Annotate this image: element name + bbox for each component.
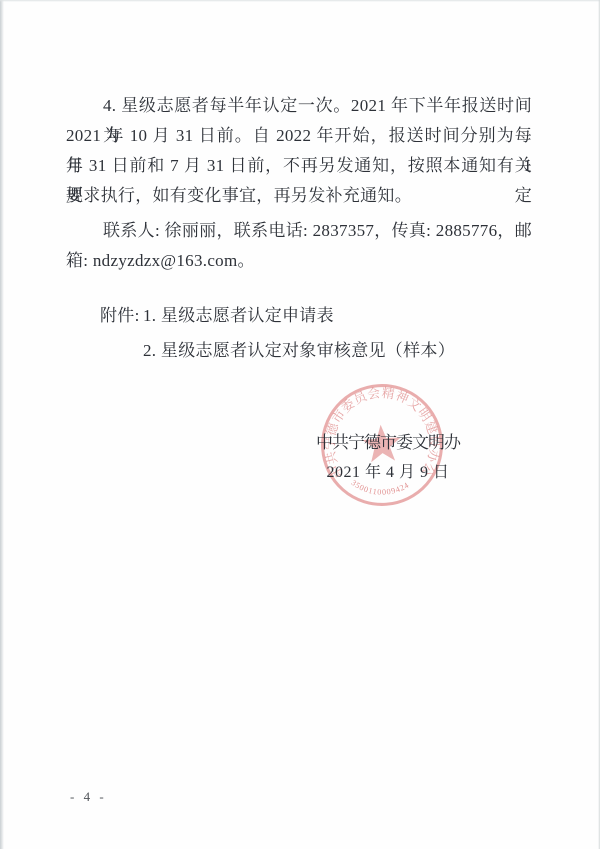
paragraph-line: 箱: ndzyzdzx@163.com。 <box>66 246 532 276</box>
paragraph-contact: 联系人: 徐丽丽，联系电话: 2837357，传真: 2885776，邮 箱: … <box>66 216 532 276</box>
attachment-row: 2. 星级志愿者认定对象审核意见（样本） <box>100 333 532 368</box>
paragraph-line: 4. 星级志愿者每半年认定一次。2021 年下半年报送时间为 <box>66 91 532 121</box>
signature-block: 中共宁德市委文明办 2021 年 4 月 9 日 <box>288 428 488 488</box>
attachment-item: 2. 星级志愿者认定对象审核意见（样本） <box>143 333 455 368</box>
attachments-label: 附件: <box>100 298 143 333</box>
attachments-list: 附件: 1. 星级志愿者认定申请表 2. 星级志愿者认定对象审核意见（样本） <box>100 298 532 368</box>
paragraph-schedule: 4. 星级志愿者每半年认定一次。2021 年下半年报送时间为 2021 年 10… <box>66 91 532 211</box>
paragraph-line: 2021 年 10 月 31 日前。自 2022 年开始，报送时间分别为每年 1 <box>66 121 532 151</box>
attachment-row: 附件: 1. 星级志愿者认定申请表 <box>100 298 532 333</box>
paragraph-line: 月 31 日前和 7 月 31 日前，不再另发通知，按照本通知有关规定 <box>66 151 532 181</box>
paragraph-line: 联系人: 徐丽丽，联系电话: 2837357，传真: 2885776，邮 <box>66 216 532 246</box>
attachment-item: 1. 星级志愿者认定申请表 <box>143 298 334 333</box>
attachments-label-spacer <box>100 333 143 368</box>
issue-date: 2021 年 4 月 9 日 <box>288 458 488 488</box>
page-number: - 4 - <box>70 789 106 805</box>
document-page: 4. 星级志愿者每半年认定一次。2021 年下半年报送时间为 2021 年 10… <box>0 0 600 849</box>
scan-edge-top <box>0 0 600 2</box>
scan-edge-left <box>0 0 4 849</box>
issuing-organization: 中共宁德市委文明办 <box>288 428 488 458</box>
